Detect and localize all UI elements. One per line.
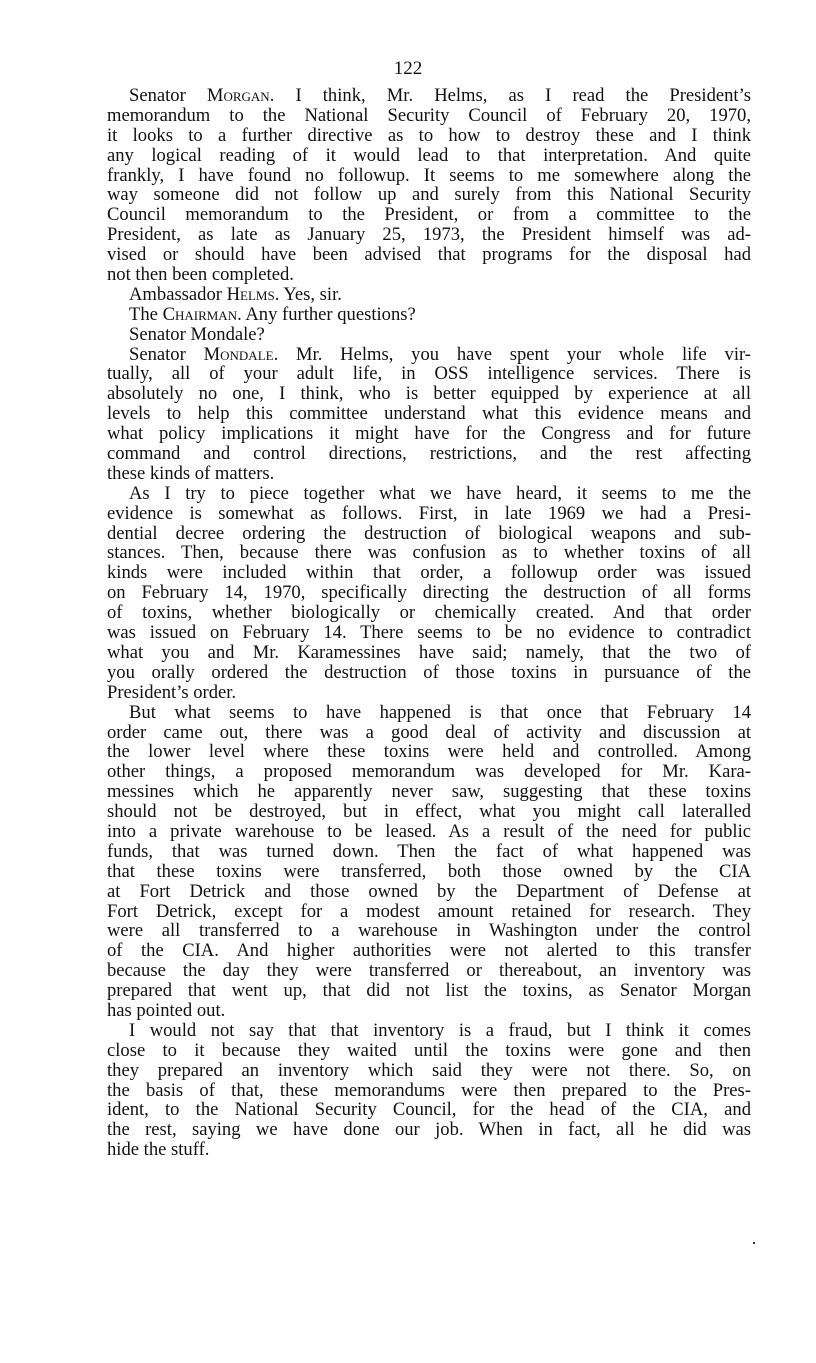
text-line: tually, all of your adult life, in OSS i… (107, 364, 751, 384)
text-line: close to it because they waited until th… (107, 1041, 751, 1061)
text-line: evidence is somewhat as follows. First, … (107, 504, 751, 524)
text-line: funds, that was turned down. Then the fa… (107, 842, 751, 862)
speaker-title: The (129, 304, 163, 325)
text-line: they prepared an inventory which said th… (107, 1061, 751, 1081)
speaker-name: Morgan (207, 85, 270, 106)
page-number: 122 (0, 58, 816, 80)
speaker-name: Helms (227, 284, 275, 305)
text-line: that these toxins were transferred, both… (107, 862, 751, 882)
speaker-title: Senator (129, 344, 204, 365)
text-line: what you and Mr. Karamessines have said;… (107, 643, 751, 663)
text-line: kinds were included within that order, a… (107, 563, 751, 583)
body-text: Senator Morgan. I think, Mr. Helms, as I… (107, 86, 751, 1160)
text-line: President, as late as January 25, 1973, … (107, 225, 751, 245)
speaker-title: Senator (129, 85, 207, 106)
text-line: has pointed out. (107, 1001, 751, 1021)
text-line: other things, a proposed memorandum was … (107, 762, 751, 782)
text-line: stances. Then, because there was confusi… (107, 543, 751, 563)
document-page: 122 Senator Morgan. I think, Mr. Helms, … (0, 0, 816, 1363)
paragraph-chairman: The Chairman. Any further questions? (107, 305, 751, 325)
paragraph-mondale: Senator Mondale. Mr. Helms, you have spe… (107, 345, 751, 484)
text-line: vised or should have been advised that p… (107, 245, 751, 265)
text-line: Fort Detrick, except for a modest amount… (107, 902, 751, 922)
paragraph-mondale-2: As I try to piece together what we have … (107, 484, 751, 703)
text-line: were all transferred to a warehouse in W… (107, 921, 751, 941)
scan-speck (753, 1242, 755, 1244)
text-line: Council memorandum to the President, or … (107, 205, 751, 225)
paragraph-chairman-cont: Senator Mondale? (107, 325, 751, 345)
text-line: was issued on February 14. There seems t… (107, 623, 751, 643)
text-line: should not be destroyed, but in effect, … (107, 802, 751, 822)
text-line: what policy implications it might have f… (107, 424, 751, 444)
text-line: because the day they were transferred or… (107, 961, 751, 981)
text-line: President’s order. (107, 683, 751, 703)
text-line: dential decree ordering the destruction … (107, 524, 751, 544)
text-line: into a private warehouse to be leased. A… (107, 822, 751, 842)
text-line: not then been completed. (107, 265, 751, 285)
text-line: way someone did not follow up and surely… (107, 185, 751, 205)
paragraph-mondale-3: But what seems to have happened is that … (107, 703, 751, 1021)
text-line: of the CIA. And higher authorities were … (107, 941, 751, 961)
text-line: command and control directions, restrict… (107, 444, 751, 464)
text-line: Senator Mondale. Mr. Helms, you have spe… (107, 345, 751, 365)
text-line: it looks to a further directive as to ho… (107, 126, 751, 146)
text-line: levels to help this committee understand… (107, 404, 751, 424)
text-line: memorandum to the National Security Coun… (107, 106, 751, 126)
text-line: As I try to piece together what we have … (107, 484, 751, 504)
text-line: order came out, there was a good deal of… (107, 723, 751, 743)
text-line: the basis of that, these memorandums wer… (107, 1081, 751, 1101)
paragraph-morgan: Senator Morgan. I think, Mr. Helms, as I… (107, 86, 751, 285)
paragraph-helms: Ambassador Helms. Yes, sir. (107, 285, 751, 305)
text-line: you orally ordered the destruction of th… (107, 663, 751, 683)
text-line: on February 14, 1970, specifically direc… (107, 583, 751, 603)
text-line: But what seems to have happened is that … (107, 703, 751, 723)
text-line: absolutely no one, I think, who is bette… (107, 384, 751, 404)
text-line: Ambassador Helms. Yes, sir. (107, 285, 751, 305)
text-line: prepared that went up, that did not list… (107, 981, 751, 1001)
text-line: these kinds of matters. (107, 464, 751, 484)
text-line: ident, to the National Security Council,… (107, 1100, 751, 1120)
text-line: the lower level where these toxins were … (107, 742, 751, 762)
text-line: Senator Mondale? (107, 325, 751, 345)
text-line: the rest, saying we have done our job. W… (107, 1120, 751, 1140)
text-line: of toxins, whether biologically or chemi… (107, 603, 751, 623)
text-line: Senator Morgan. I think, Mr. Helms, as I… (107, 86, 751, 106)
text-line: at Fort Detrick and those owned by the D… (107, 882, 751, 902)
speaker-title: Ambassador (129, 284, 227, 305)
text-line: The Chairman. Any further questions? (107, 305, 751, 325)
speaker-name: Mondale (204, 344, 274, 365)
paragraph-mondale-4: I would not say that that inventory is a… (107, 1021, 751, 1160)
text-line: hide the stuff. (107, 1140, 751, 1160)
text-line: any logical reading of it would lead to … (107, 146, 751, 166)
speaker-name: Chairman (163, 304, 238, 325)
text-line: I would not say that that inventory is a… (107, 1021, 751, 1041)
text-line: frankly, I have found no followup. It se… (107, 166, 751, 186)
text-line: messines which he apparently never saw, … (107, 782, 751, 802)
